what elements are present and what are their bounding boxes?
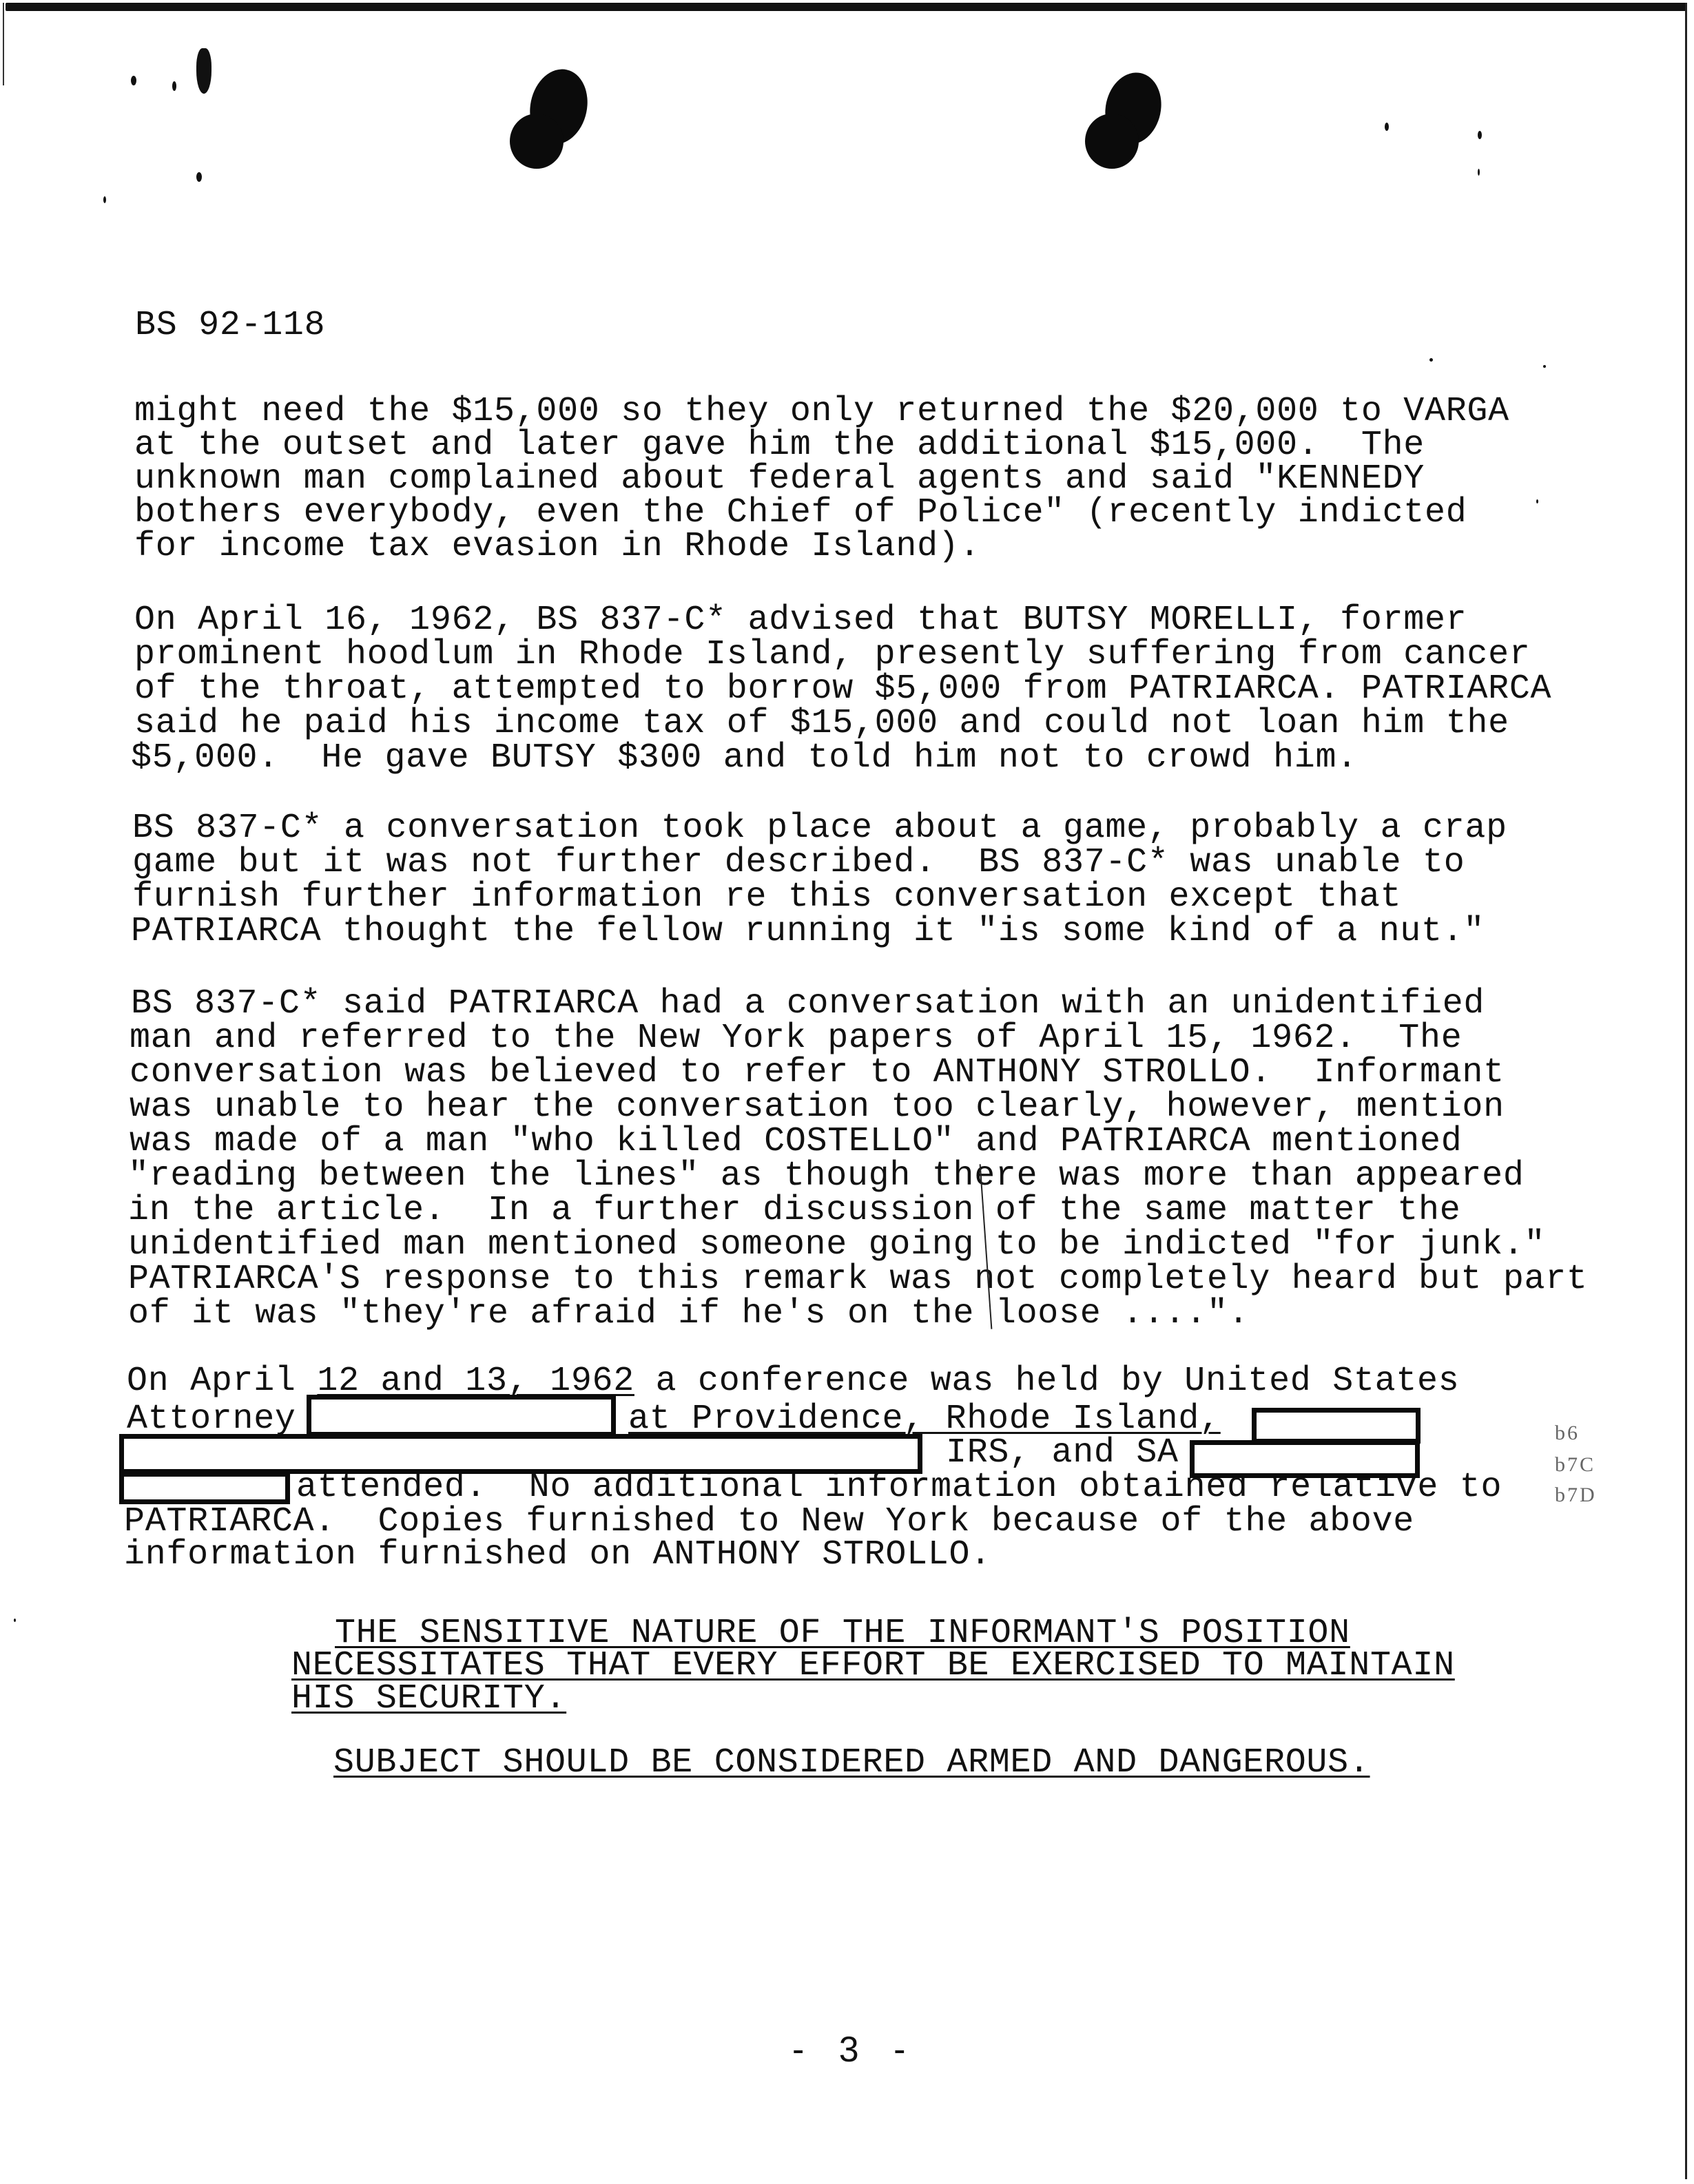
ink-speck-icon bbox=[172, 81, 176, 91]
paragraph-line: of it was "they're afraid if he's on the… bbox=[128, 1297, 1249, 1331]
paragraph-line: PATRIARCA'S response to this remark was … bbox=[128, 1262, 1588, 1297]
paragraph-line: conversation was believed to refer to AN… bbox=[130, 1056, 1505, 1090]
paragraph-line: was unable to hear the conversation too … bbox=[130, 1090, 1505, 1125]
warning-line: HIS SECURITY. bbox=[291, 1682, 566, 1716]
paragraph-line: On April 16, 1962, BS 837-C* advised tha… bbox=[134, 603, 1467, 638]
scan-right-edge bbox=[1685, 3, 1687, 2179]
paragraph-line: of the throat, attempted to borrow $5,00… bbox=[134, 672, 1551, 707]
ink-blot-icon bbox=[196, 48, 211, 94]
ink-speck-icon bbox=[1478, 169, 1480, 176]
paragraph-line: said he paid his income tax of $15,000 a… bbox=[134, 707, 1509, 741]
ink-speck-icon bbox=[1543, 365, 1546, 368]
redaction-box-rhode-island bbox=[1252, 1408, 1421, 1444]
exemption-code: b6 bbox=[1555, 1423, 1580, 1444]
paragraph-line: furnish further information re this conv… bbox=[132, 880, 1401, 915]
providence-text: at Providence, Rhode Island, bbox=[628, 1402, 1221, 1437]
punch-hole-icon bbox=[510, 114, 564, 169]
ink-speck-icon bbox=[1385, 123, 1389, 131]
punch-hole-icon bbox=[1085, 114, 1139, 169]
scan-top-edge bbox=[6, 3, 1686, 11]
paragraph-line: $5,000. He gave BUTSY $300 and told him … bbox=[131, 741, 1358, 776]
exemption-code: b7D bbox=[1555, 1485, 1597, 1506]
ink-speck-icon bbox=[131, 76, 136, 85]
ink-speck-icon bbox=[1478, 131, 1482, 139]
ink-speck-icon bbox=[103, 196, 106, 203]
armed-and-dangerous-caution: SUBJECT SHOULD BE CONSIDERED ARMED AND D… bbox=[333, 1746, 1370, 1780]
attorney-label: Attorney bbox=[127, 1402, 296, 1437]
paragraph-line: bothers everybody, even the Chief of Pol… bbox=[134, 496, 1467, 530]
ink-speck-icon bbox=[1429, 358, 1433, 362]
line-start: On April bbox=[127, 1362, 317, 1401]
paragraph-line: unidentified man mentioned someone going… bbox=[128, 1228, 1545, 1262]
ink-speck-icon bbox=[1536, 499, 1538, 503]
paragraph-line: BS 837-C* said PATRIARCA had a conversat… bbox=[131, 987, 1485, 1021]
paragraph-line: might need the $15,000 so they only retu… bbox=[134, 395, 1509, 429]
paragraph-line: unknown man complained about federal age… bbox=[134, 462, 1425, 497]
paragraph-line: in the article. In a further discussion … bbox=[128, 1194, 1460, 1228]
paragraph-line: man and referred to the New York papers … bbox=[130, 1021, 1462, 1056]
paragraph-line: BS 837-C* a conversation took place abou… bbox=[132, 811, 1507, 846]
redaction-box-attendees bbox=[119, 1434, 922, 1474]
paragraph-line: PATRIARCA. Copies furnished to New York … bbox=[124, 1505, 1414, 1539]
ink-speck-icon bbox=[196, 172, 202, 182]
document-page: BS 92-118 might need the $15,000 so they… bbox=[0, 0, 1694, 2184]
exemption-code: b7C bbox=[1555, 1455, 1595, 1475]
redaction-box-sa-name bbox=[1190, 1440, 1420, 1478]
redaction-box-attendee-tail bbox=[119, 1472, 290, 1504]
paragraph-line: for income tax evasion in Rhode Island). bbox=[134, 530, 980, 564]
page-number: - 3 - bbox=[792, 2032, 918, 2068]
ink-speck-icon bbox=[14, 1619, 16, 1622]
file-number: BS 92-118 bbox=[135, 309, 325, 343]
redaction-box-us-attorney bbox=[307, 1395, 616, 1437]
irs-sa-text: IRS, and SA bbox=[946, 1436, 1179, 1470]
line-end: a conference was held by United States bbox=[634, 1362, 1460, 1401]
paragraph-line: information furnished on ANTHONY STROLLO… bbox=[124, 1538, 991, 1572]
paragraph-line: game but it was not further described. B… bbox=[132, 846, 1465, 880]
warning-line: NECESSITATES THAT EVERY EFFORT BE EXERCI… bbox=[291, 1649, 1455, 1683]
paragraph-line: "reading between the lines" as though th… bbox=[128, 1159, 1525, 1194]
paragraph-line: On April 12 and 13, 1962 a conference wa… bbox=[127, 1364, 1459, 1399]
paragraph-line: PATRIARCA thought the fellow running it … bbox=[131, 915, 1485, 949]
paragraph-line: at the outset and later gave him the add… bbox=[134, 428, 1425, 463]
paragraph-line: was made of a man "who killed COSTELLO" … bbox=[130, 1125, 1462, 1159]
scan-left-edge bbox=[3, 3, 4, 85]
paragraph-line: prominent hoodlum in Rhode Island, prese… bbox=[134, 638, 1531, 672]
